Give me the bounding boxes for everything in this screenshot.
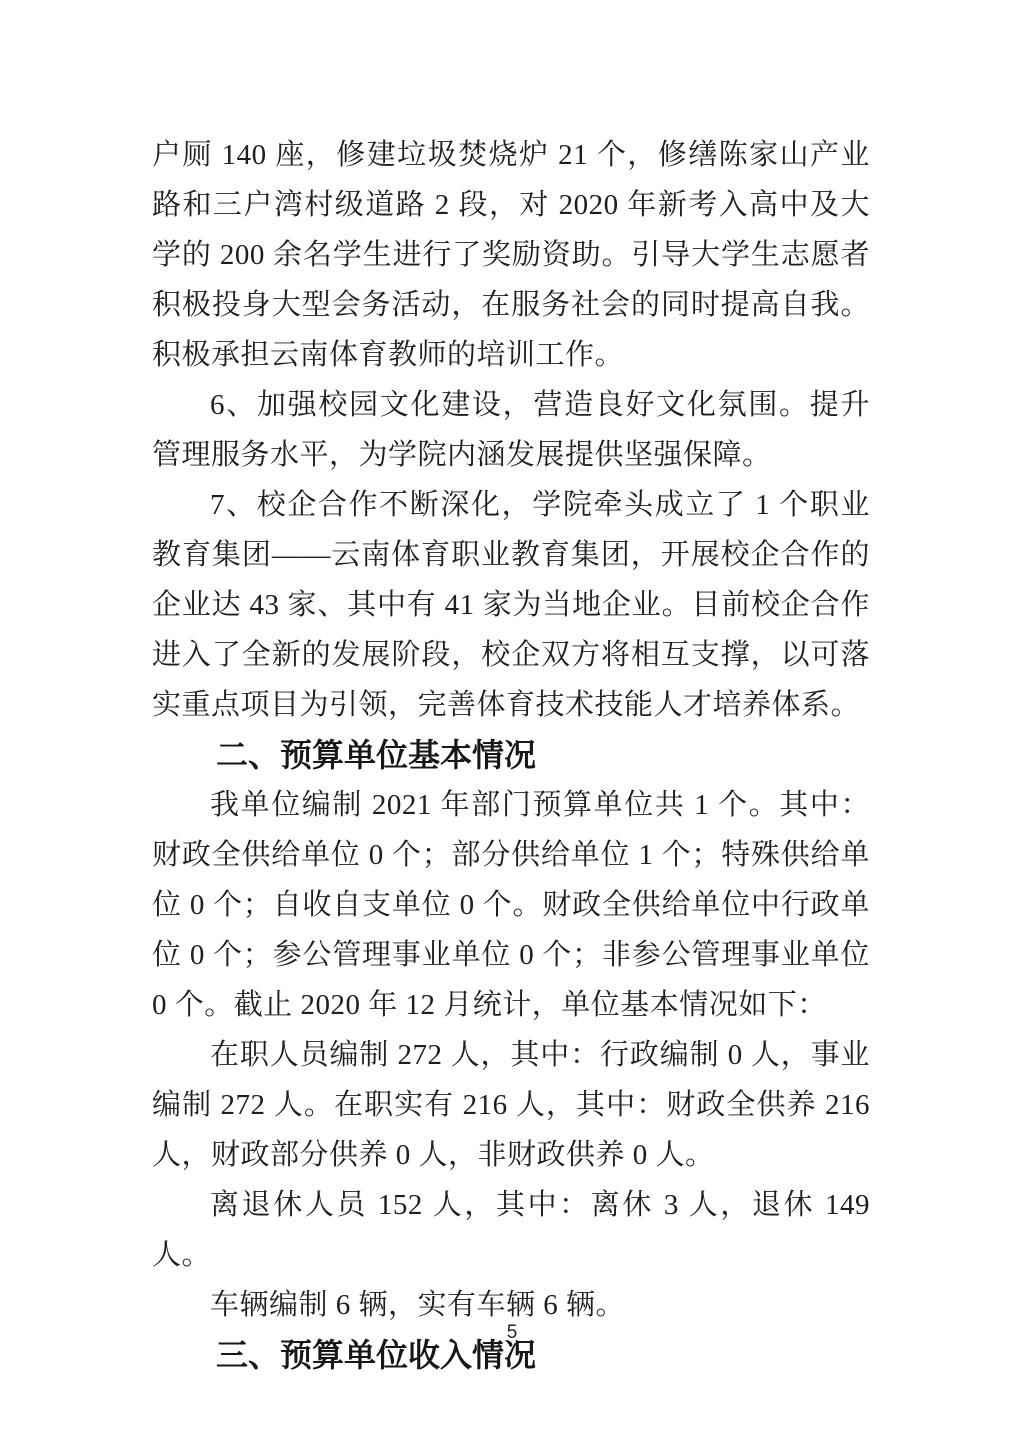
paragraph: 在职人员编制 272 人，其中：行政编制 0 人，事业编制 272 人。在职实有… (152, 1030, 870, 1180)
document-body: 户厕 140 座，修建垃圾焚烧炉 21 个，修缮陈家山产业路和三户湾村级道路 2… (152, 130, 870, 1380)
document-page: 户厕 140 座，修建垃圾焚烧炉 21 个，修缮陈家山产业路和三户湾村级道路 2… (0, 0, 1024, 1448)
paragraph: 我单位编制 2021 年部门预算单位共 1 个。其中：财政全供给单位 0 个；部… (152, 780, 870, 1030)
paragraph: 7、校企合作不断深化，学院牵头成立了 1 个职业教育集团——云南体育职业教育集团… (152, 480, 870, 730)
paragraph: 户厕 140 座，修建垃圾焚烧炉 21 个，修缮陈家山产业路和三户湾村级道路 2… (152, 130, 870, 380)
page-number: 5 (507, 1322, 518, 1343)
paragraph: 离退休人员 152 人，其中：离休 3 人，退休 149 人。 (152, 1180, 870, 1280)
paragraph: 6、加强校园文化建设，营造良好文化氛围。提升管理服务水平，为学院内涵发展提供坚强… (152, 380, 870, 480)
section-heading: 二、预算单位基本情况 (152, 730, 870, 780)
page-footer: 5 (0, 1322, 1024, 1344)
